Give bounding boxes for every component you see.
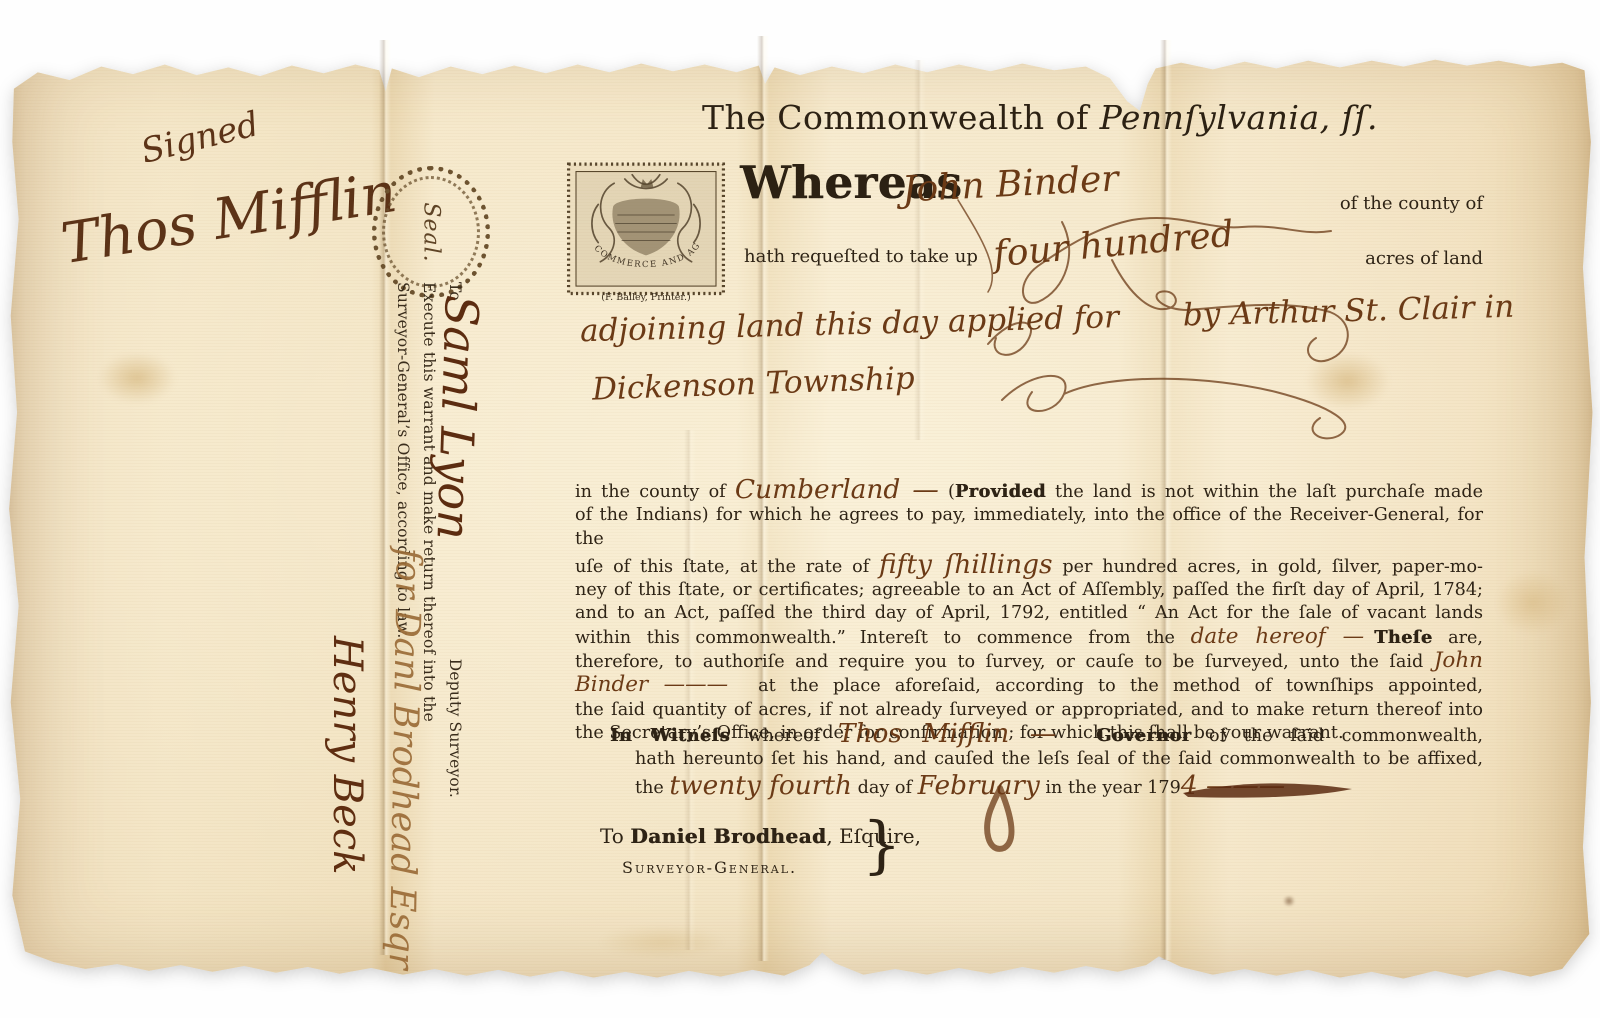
- text-run: 4 ———: [1181, 770, 1285, 801]
- text-run: uſe of this ſtate, at the rate of: [575, 557, 879, 577]
- body-line: of the Indians) for which he agrees to p…: [575, 504, 1483, 551]
- text-run: Theſe: [1374, 627, 1432, 648]
- surveyor-general-label: Surveyor-General.: [622, 858, 797, 877]
- text-run: fifty ſhillings: [879, 549, 1052, 580]
- text-run: date hereof —: [1191, 624, 1364, 649]
- text-run: within this commonwealth.”: [575, 628, 846, 648]
- brodhead-signature: for Danl Brodhead Esqr: [380, 547, 428, 988]
- beck-signature: Henry Beck: [324, 636, 370, 936]
- to-label: To: [600, 824, 630, 848]
- document-title: The Commonwealth of Pennſylvania, ſſ.: [560, 98, 1520, 137]
- text-run: Governor: [1096, 725, 1191, 746]
- text-run: In Witneſs: [610, 725, 730, 746]
- text-run: February: [918, 770, 1040, 801]
- text-run: Cumberland —: [735, 474, 939, 505]
- witness-line: In Witneſs whereof Thos Mifflin —Governo…: [575, 720, 1483, 748]
- text-run: in the county of: [575, 482, 735, 502]
- text-run: twenty fourth: [669, 770, 852, 801]
- text-run: John: [1434, 648, 1483, 673]
- text-run: (: [939, 482, 955, 502]
- text-run: of the Indians) for which he agrees to p…: [575, 505, 1483, 548]
- printer-stamp: COMMERCE AND AGRICULTURE (F. Bailey, Pri…: [566, 162, 726, 302]
- body-paragraph: in the county of Cumberland — (Provided …: [575, 476, 1483, 745]
- printer-stamp-art: COMMERCE AND AGRICULTURE (F. Bailey, Pri…: [566, 162, 726, 302]
- deputy-surveyor-label: Deputy Surveyor.: [442, 659, 468, 798]
- title-part1: The Commonwealth of: [702, 98, 1100, 137]
- witness-line: hath hereunto ſet his hand, and cauſed t…: [575, 748, 1483, 771]
- text-run: Provided: [955, 481, 1046, 502]
- text-run: Thos Mifflin —: [838, 718, 1056, 749]
- body-line: Binder ———at the place aforeſaid, accord…: [575, 674, 1483, 698]
- body-line: uſe of this ſtate, at the rate of fifty …: [575, 551, 1483, 579]
- request-line: hath requeſted to take up: [744, 246, 978, 267]
- text-run: of the ſaid commonwealth,: [1191, 726, 1483, 746]
- text-run: are,: [1432, 628, 1483, 648]
- text-run: hath hereunto ſet his hand, and cauſed t…: [635, 749, 1483, 769]
- body-line: ney of this ſtate, or certificates; agre…: [575, 579, 1483, 602]
- text-run: day of: [852, 778, 918, 798]
- scanned-warrant-page: Signed Thos Mifflin Seal. To Deputy Surv…: [0, 0, 1600, 1018]
- text-run: and to an Act, paſſed the third day of A…: [575, 603, 1483, 623]
- witness-line: the twenty fourth day of February in the…: [575, 772, 1483, 800]
- text-run: at the place aforeſaid, according to the…: [758, 676, 1483, 696]
- text-run: the land is not within the laſt purchaſe…: [1046, 482, 1483, 502]
- seal-stamp: Seal.: [372, 166, 490, 298]
- body-line: and to an Act, paſſed the third day of A…: [575, 602, 1483, 625]
- witness-paragraph: In Witneſs whereof Thos Mifflin —Governo…: [575, 720, 1483, 800]
- county-of-label: of the county of: [1333, 193, 1483, 214]
- text-run: per hundred acres, in gold, ſilver, pape…: [1053, 557, 1483, 577]
- body-line: therefore, to authoriſe and require you …: [575, 650, 1483, 674]
- saml-lyon-script: Saml Lyon: [424, 294, 489, 626]
- text-run: whereof: [730, 726, 838, 746]
- title-part3: , ſſ.: [1320, 98, 1378, 137]
- text-run: therefore, to authoriſe and require you …: [575, 652, 1434, 672]
- text-run: the ſaid quantity of acres, if not alrea…: [575, 700, 1483, 720]
- body-line: within this commonwealth.”Intereſt to co…: [575, 626, 1483, 650]
- seal-label: Seal.: [419, 202, 444, 262]
- footer-brace: }: [862, 808, 901, 881]
- text-run: ney of this ſtate, or certificates; agre…: [575, 580, 1483, 600]
- text-run: in the year 179: [1040, 778, 1181, 798]
- text-run: Binder ———: [575, 672, 728, 697]
- text-run: Intereſt to commence from the: [860, 628, 1191, 648]
- text-run: the: [635, 778, 669, 798]
- addressee-name: Daniel Brodhead: [630, 824, 826, 848]
- acres-of-land-label: acres of land: [1333, 248, 1483, 269]
- body-line: in the county of Cumberland — (Provided …: [575, 476, 1483, 504]
- title-part2: Pennſylvania: [1100, 98, 1320, 137]
- stamp-caption: (F. Bailey, Printer.): [601, 292, 690, 302]
